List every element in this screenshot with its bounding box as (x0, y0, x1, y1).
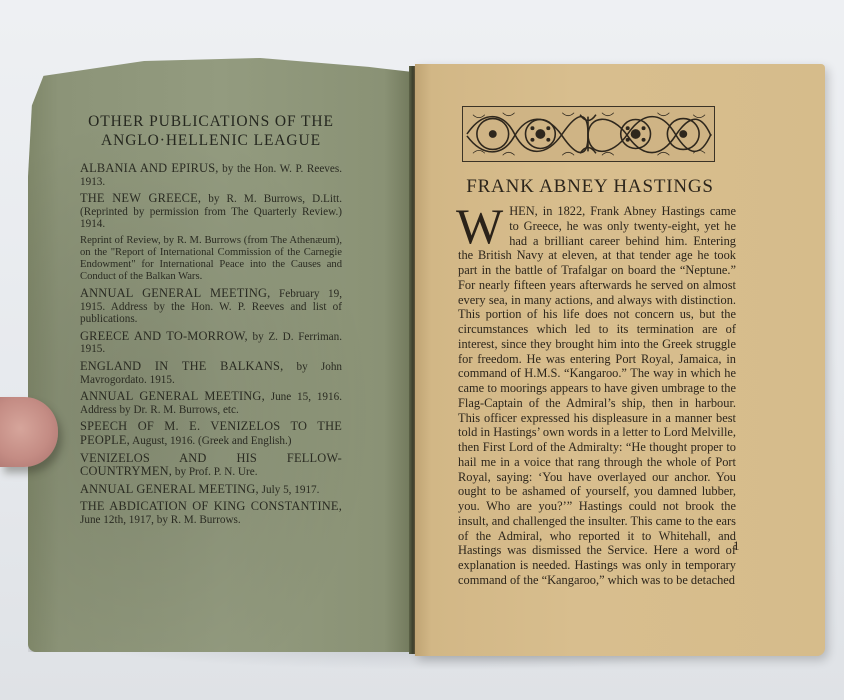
publications-list: ALBANIA AND EPIRUS, by the Hon. W. P. Re… (80, 162, 342, 526)
publication-title: THE ABDICATION OF KING CONSTANTINE, (80, 499, 342, 513)
publication-details: by Prof. P. N. Ure. (175, 466, 258, 478)
publications-heading: OTHER PUBLICATIONS OF THE ANGLO·HELLENIC… (80, 112, 342, 150)
publications-list-panel: OTHER PUBLICATIONS OF THE ANGLO·HELLENIC… (80, 112, 342, 530)
publication-item: ANNUAL GENERAL MEETING, July 5, 1917. (80, 483, 342, 497)
publication-item: ALBANIA AND EPIRUS, by the Hon. W. P. Re… (80, 162, 342, 188)
publication-details: Reprint of Review, by R. M. Burrows (fro… (80, 235, 342, 282)
publication-item: GREECE AND TO-MORROW, by Z. D. Ferriman.… (80, 330, 342, 356)
publication-details: August, 1916. (Greek and English.) (132, 435, 291, 447)
floral-headpiece-ornament (462, 106, 715, 162)
publication-item: THE NEW GREECE, by R. M. Burrows, D.Litt… (80, 192, 342, 231)
publication-item: ANNUAL GENERAL MEETING, June 15, 1916. A… (80, 390, 342, 416)
page-number: 1 (733, 538, 740, 554)
publication-item: Reprint of Review, by R. M. Burrows (fro… (80, 235, 342, 283)
publication-title: ANNUAL GENERAL MEETING, (80, 482, 259, 496)
publication-details: June 12th, 1917, by R. M. Burrows. (80, 514, 241, 526)
publication-details: July 5, 1917. (262, 484, 320, 496)
publication-item: SPEECH OF M. E. VENIZELOS TO THE PEOPLE,… (80, 420, 342, 447)
publication-item: ENGLAND IN THE BALKANS, by John Mavrogor… (80, 360, 342, 386)
publication-item: VENIZELOS AND HIS FELLOW-COUNTRYMEN, by … (80, 452, 342, 479)
article-text: HEN, in 1822, Frank Abney Hastings came … (458, 204, 736, 587)
publication-title: THE NEW GREECE, (80, 191, 201, 205)
article-title: FRANK ABNEY HASTINGS (460, 176, 720, 198)
publication-item: THE ABDICATION OF KING CONSTANTINE, June… (80, 500, 342, 526)
publication-title: ANNUAL GENERAL MEETING, (80, 286, 270, 300)
drop-cap: W (456, 206, 503, 246)
publication-title: GREECE AND TO-MORROW, (80, 329, 248, 343)
publication-item: ANNUAL GENERAL MEETING, February 19, 191… (80, 287, 342, 326)
ornament-icon (463, 107, 714, 161)
article-body: WHEN, in 1822, Frank Abney Hastings came… (458, 204, 736, 588)
publication-title: ENGLAND IN THE BALKANS, (80, 359, 283, 373)
publication-title: ALBANIA AND EPIRUS, (80, 161, 219, 175)
publication-title: ANNUAL GENERAL MEETING, (80, 389, 265, 403)
